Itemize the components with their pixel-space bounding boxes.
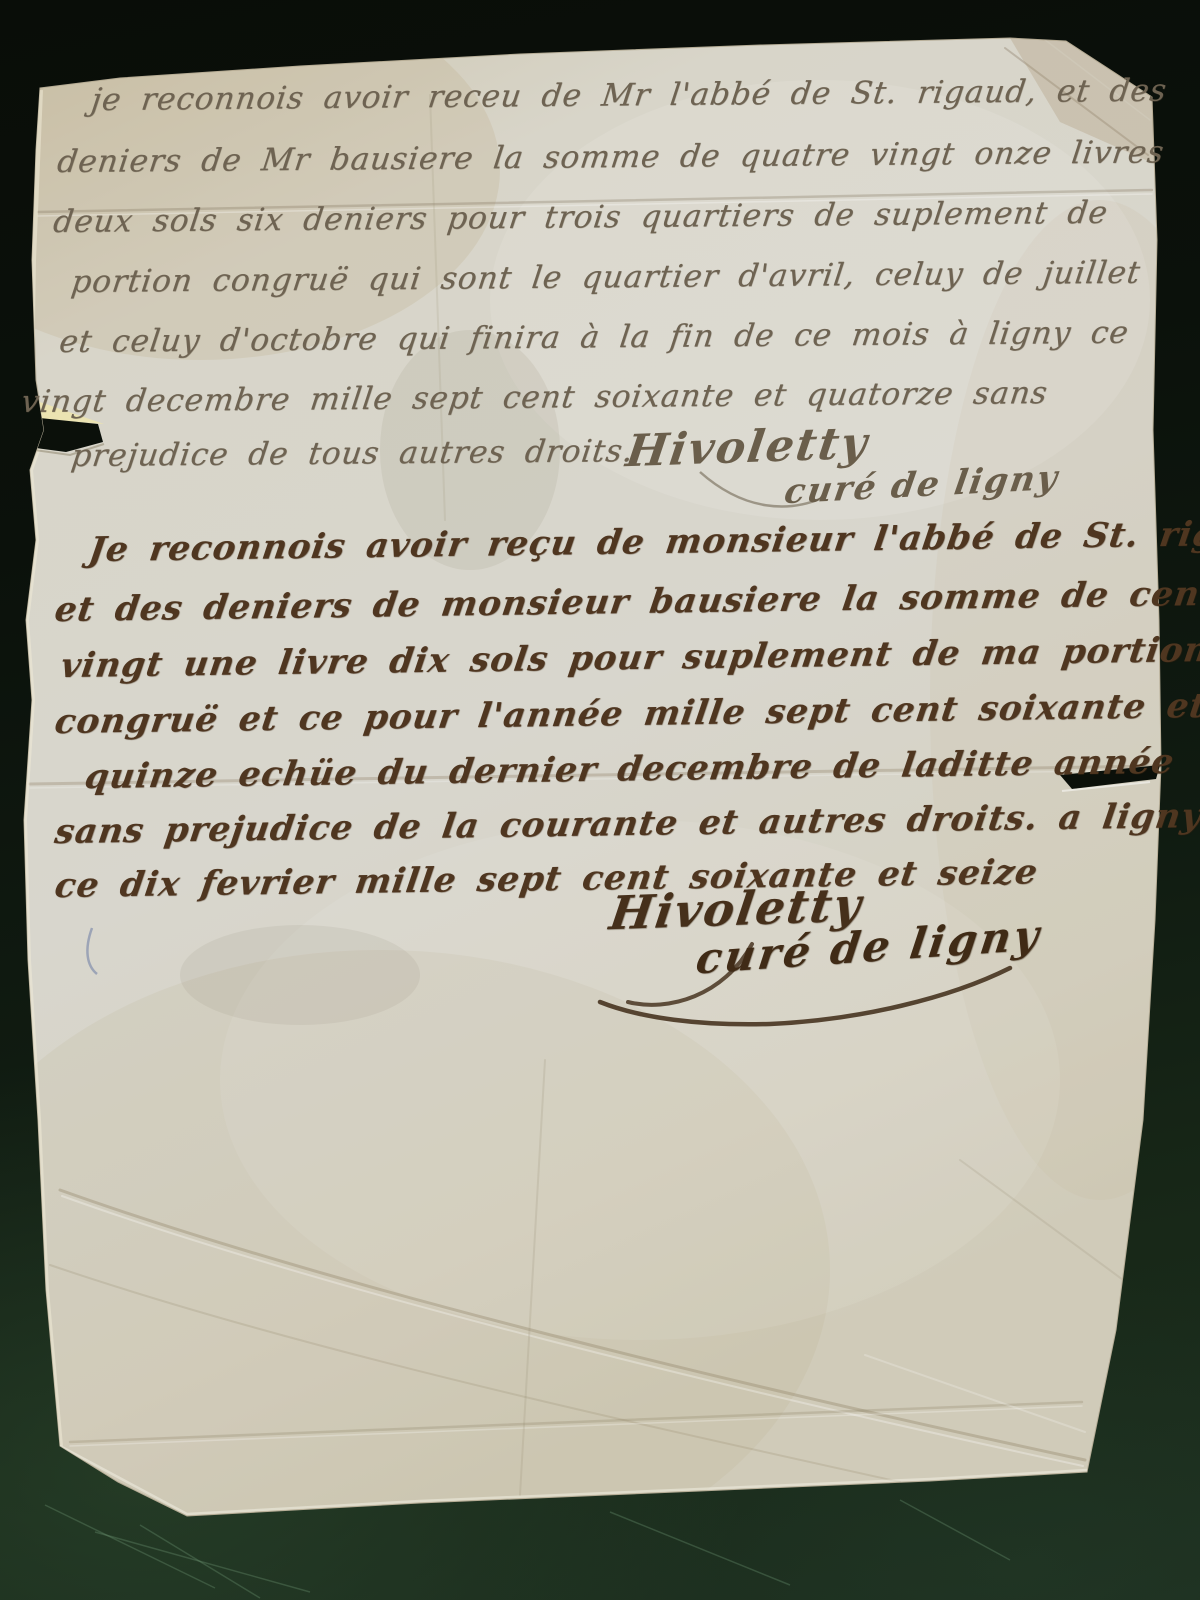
handwritten-line: quinze echüe du dernier decembre de ladi… [82, 742, 1177, 797]
handwritten-line: sans prejudice de la courante et autres … [52, 796, 1200, 852]
handwritten-line: Je reconnois avoir reçu de monsieur l'ab… [86, 513, 1200, 570]
handwritten-line: portion congruë qui sont le quartier d'a… [69, 255, 1143, 300]
handwritten-line: deniers de Mr bausiere la somme de quatr… [55, 134, 1166, 180]
handwritten-line: et des deniers de monsieur bausiere la s… [52, 574, 1200, 630]
handwritten-line: deux sols six deniers pour trois quartie… [51, 195, 1110, 240]
handwritten-line: vingt decembre mille sept cent soixante … [19, 375, 1050, 420]
handwriting-layer: je reconnois avoir receu de Mr l'abbé de… [0, 0, 1200, 1600]
handwritten-line: je reconnois avoir receu de Mr l'abbé de… [89, 73, 1169, 118]
signature-hivoletty: Hivoletty [623, 418, 872, 478]
handwritten-line: congruë et ce pour l'année mille sept ce… [52, 686, 1200, 742]
handwritten-line: vingt une livre dix sols pour suplement … [58, 630, 1200, 686]
handwritten-line: ce dix fevrier mille sept cent soixante … [52, 852, 1040, 906]
handwritten-line: prejudice de tous autres droits. [69, 433, 636, 474]
handwritten-line: et celuy d'octobre qui finira à la fin d… [57, 315, 1131, 360]
manuscript-photo: je reconnois avoir receu de Mr l'abbé de… [0, 0, 1200, 1600]
